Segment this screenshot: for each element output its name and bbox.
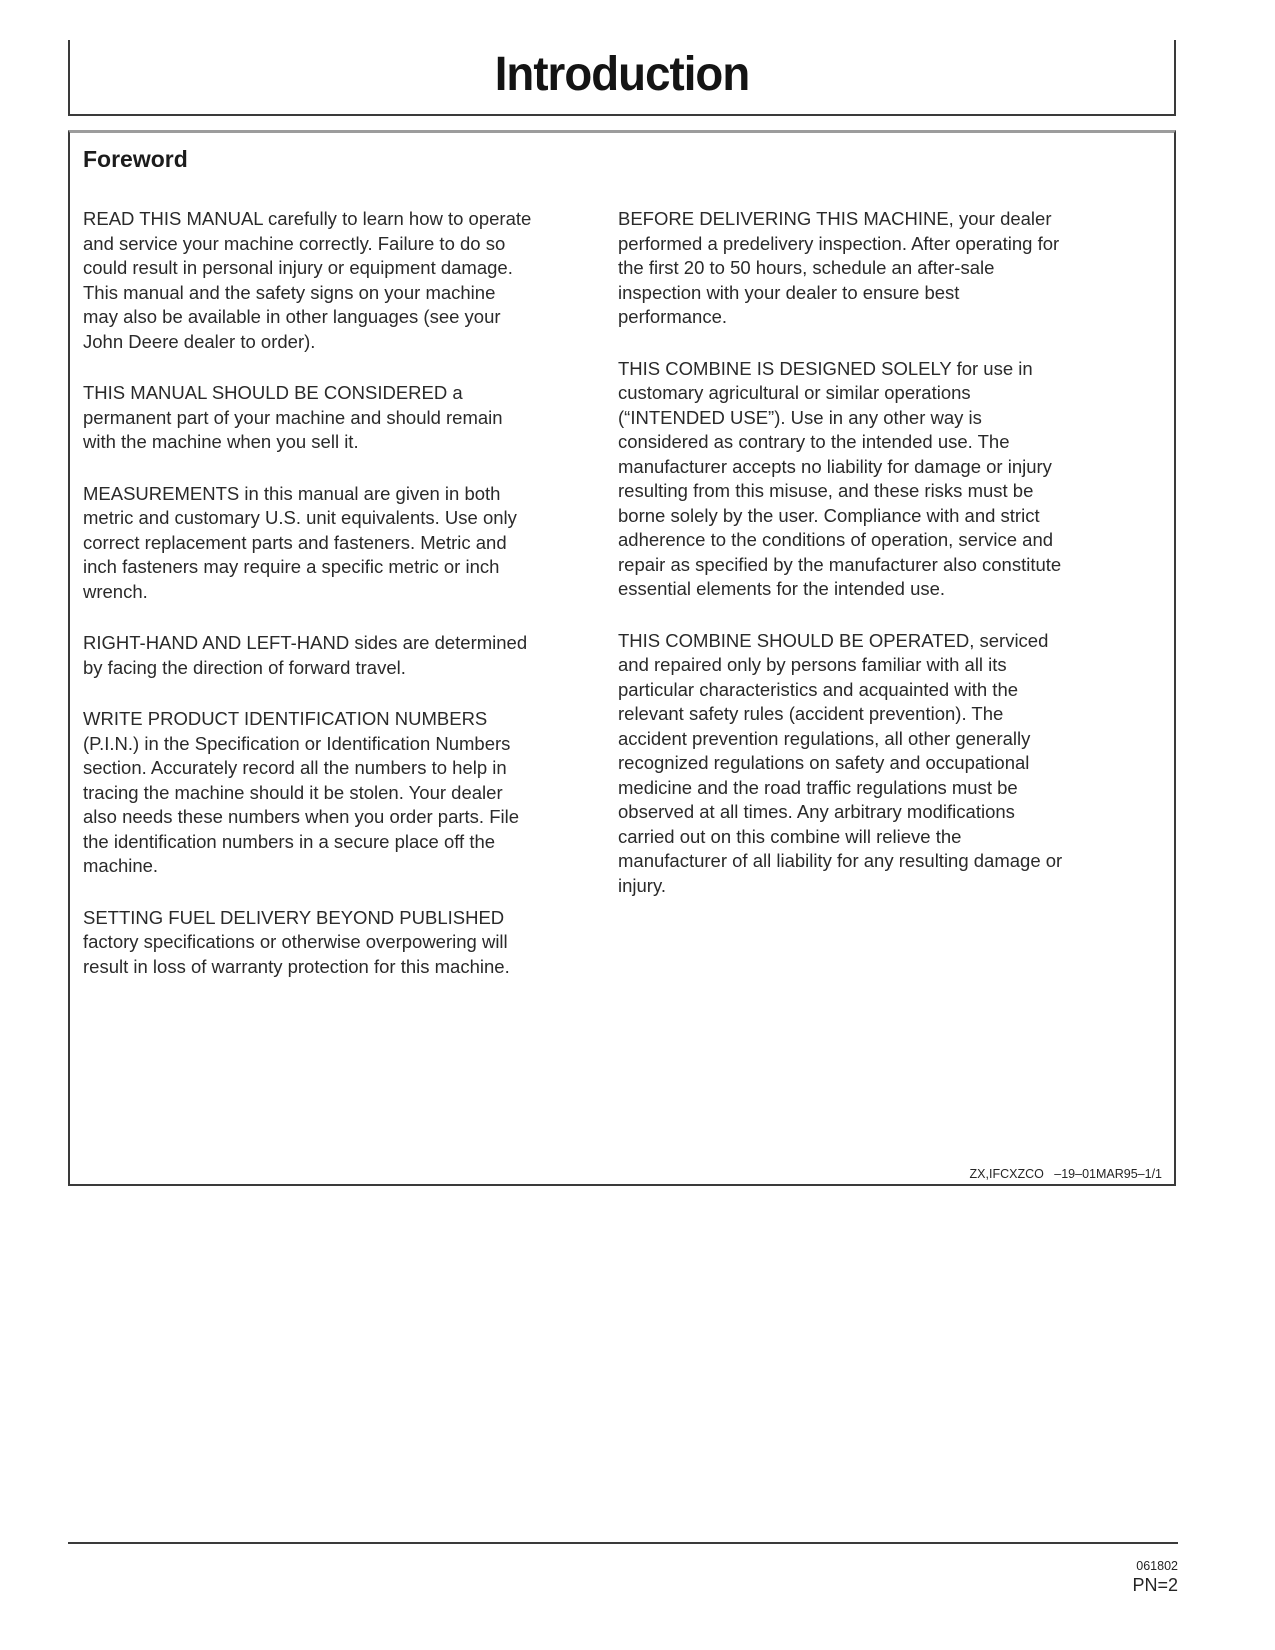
foreword-columns: READ THIS MANUAL carefully to learn how …: [83, 207, 1130, 1006]
document-revision-code: ZX,IFCXZCO –19–01MAR95–1/1: [970, 1167, 1162, 1181]
text-column-left: READ THIS MANUAL carefully to learn how …: [83, 207, 595, 1006]
foreword-panel: Foreword READ THIS MANUAL carefully to l…: [68, 130, 1176, 1186]
introduction-header: Introduction: [68, 40, 1176, 116]
paragraph: WRITE PRODUCT IDENTIFICATION NUMBERS (P.…: [83, 707, 595, 879]
text-column-right: BEFORE DELIVERING THIS MACHINE, your dea…: [618, 207, 1130, 1006]
paragraph: THIS COMBINE IS DESIGNED SOLELY for use …: [618, 357, 1130, 602]
paragraph: BEFORE DELIVERING THIS MACHINE, your dea…: [618, 207, 1130, 330]
manual-page: Introduction Foreword READ THIS MANUAL c…: [0, 0, 1275, 1650]
foreword-heading: Foreword: [83, 146, 188, 173]
paragraph: THIS MANUAL SHOULD BE CONSIDERED a perma…: [83, 381, 595, 455]
footer-divider: [68, 1542, 1178, 1544]
page-title: Introduction: [495, 47, 750, 108]
paragraph: SETTING FUEL DELIVERY BEYOND PUBLISHED f…: [83, 906, 595, 980]
paragraph: THIS COMBINE SHOULD BE OPERATED, service…: [618, 629, 1130, 899]
paragraph: RIGHT-HAND AND LEFT-HAND sides are deter…: [83, 631, 595, 680]
page-footer: 061802 PN=2: [68, 1542, 1178, 1596]
print-date-code: 061802: [68, 1559, 1178, 1573]
paragraph: READ THIS MANUAL carefully to learn how …: [83, 207, 595, 354]
paragraph: MEASUREMENTS in this manual are given in…: [83, 482, 595, 605]
page-number: PN=2: [68, 1575, 1178, 1596]
